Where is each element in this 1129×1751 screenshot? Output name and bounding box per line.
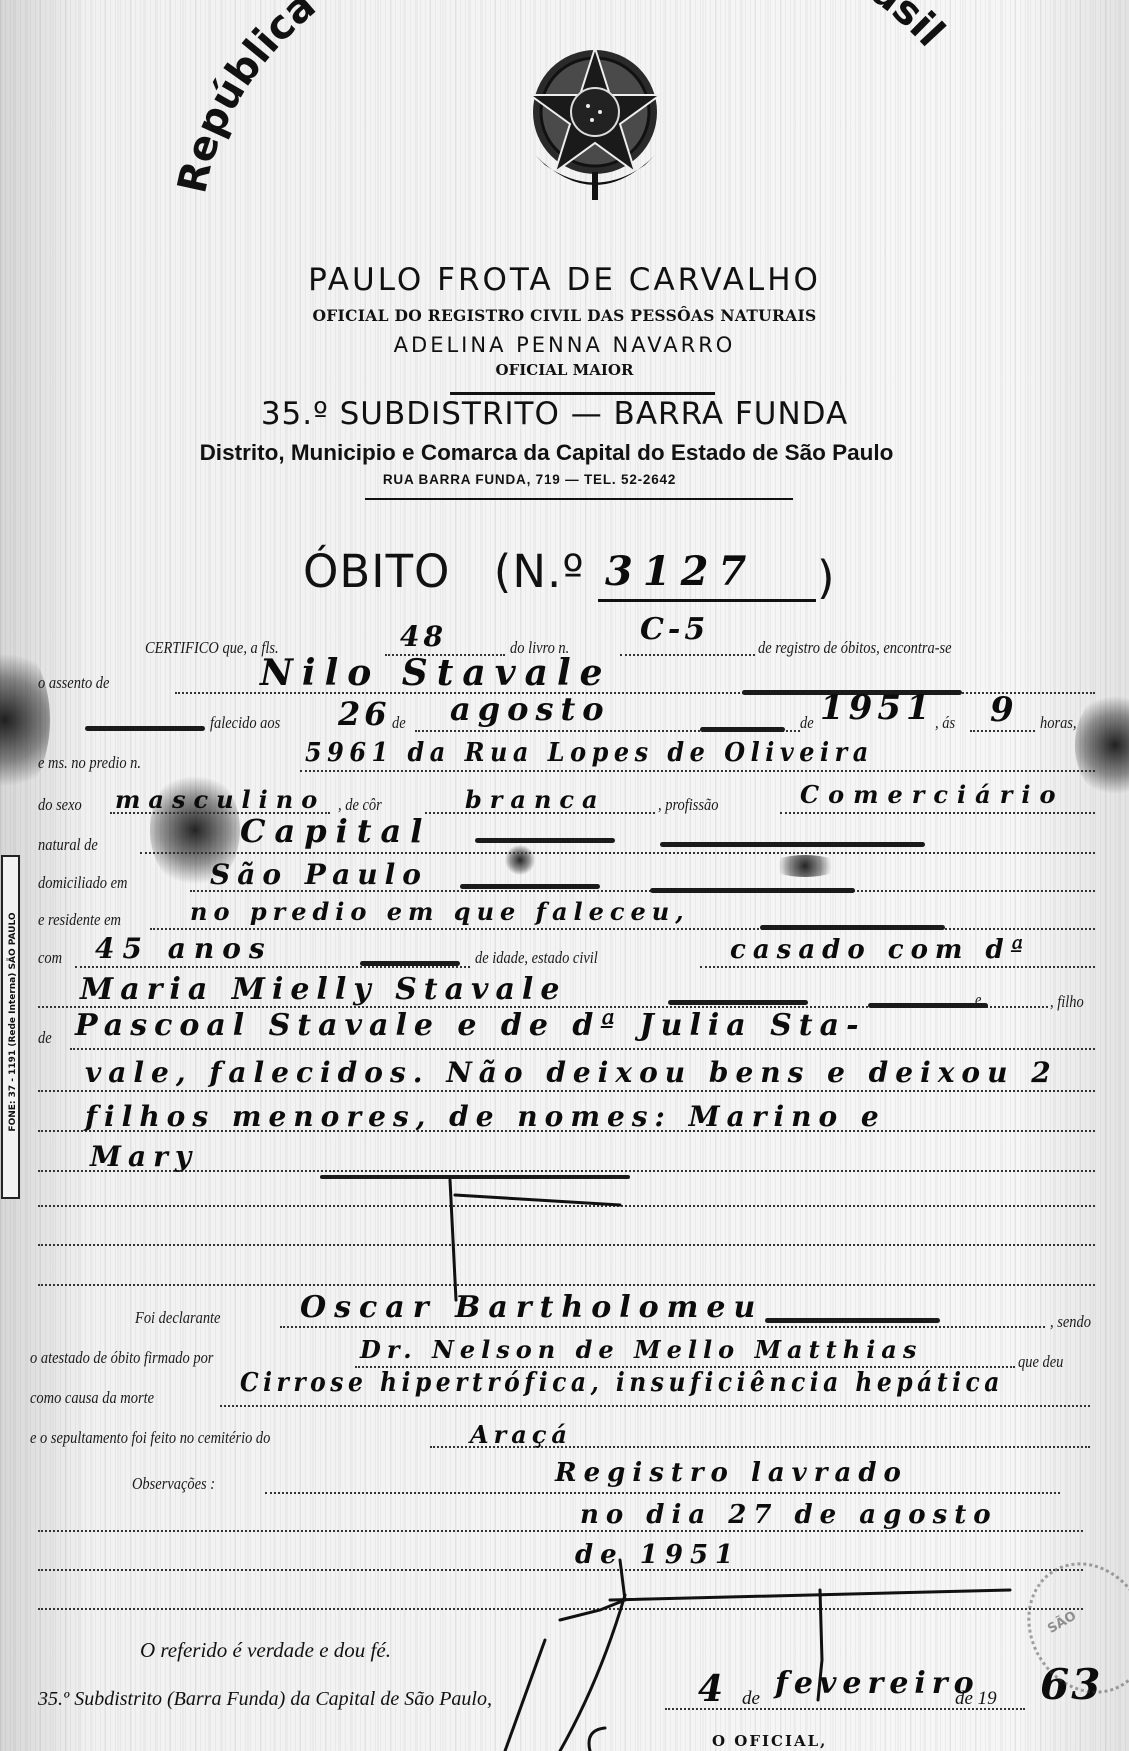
label-de-19: de 19 xyxy=(955,1688,997,1710)
void-dash xyxy=(668,1000,808,1005)
fill-line xyxy=(75,966,470,968)
attestation-text: O referido é verdade e dou fé. xyxy=(140,1638,391,1663)
label-causa-morte: como causa da morte xyxy=(30,1388,154,1408)
fill-line xyxy=(265,1492,1060,1494)
label-com: com xyxy=(38,948,62,968)
field-folhas: 48 xyxy=(400,620,447,653)
field-cemiterio: Araçá xyxy=(470,1420,572,1449)
fill-line xyxy=(38,1530,1083,1532)
label-de-registro: de registro de óbitos, encontra-se xyxy=(758,638,952,658)
void-dash xyxy=(660,842,925,847)
fill-line xyxy=(70,1048,1095,1050)
fill-line xyxy=(280,1326,1045,1328)
label-de: de xyxy=(800,713,814,733)
fill-line xyxy=(38,1090,1095,1092)
label-observacoes: Observações : xyxy=(132,1474,215,1494)
label-filho: , filho xyxy=(1050,992,1084,1012)
field-mes-emissao: fevereiro xyxy=(775,1666,980,1701)
label-falecido-aos: falecido aos xyxy=(210,713,280,733)
field-residencia: no predio em que faleceu, xyxy=(190,897,690,926)
signatory-title: O OFICIAL, xyxy=(712,1732,827,1750)
field-mes-obito: agosto xyxy=(450,690,611,728)
label-profissao: , profissão xyxy=(658,795,718,815)
field-ano-obito: 1951 xyxy=(820,688,935,728)
field-declarante: Oscar Bartholomeu xyxy=(300,1290,763,1325)
record-number: 3127 xyxy=(605,548,756,595)
void-dash xyxy=(760,925,945,930)
field-conjuge: Maria Mielly Stavale xyxy=(80,972,566,1007)
deputy-name: ADELINA PENNA NAVARRO xyxy=(0,333,1129,357)
official-name: PAULO FROTA DE CARVALHO xyxy=(0,262,1129,298)
label-residente-em: e residente em xyxy=(38,910,121,930)
fill-line xyxy=(38,1569,1083,1571)
field-endereco-predio: 5961 da Rua Lopes de Oliveira xyxy=(305,738,874,768)
subdistrict-heading: 35.º SUBDISTRITO — BARRA FUNDA xyxy=(0,396,1119,432)
title-number-prefix: (N.º xyxy=(494,545,585,598)
fill-line xyxy=(970,730,1035,732)
official-title: OFICIAL DO REGISTRO CIVIL DAS PESSÔAS NA… xyxy=(0,306,1129,325)
field-cor: branca xyxy=(465,785,606,814)
divider xyxy=(365,498,793,500)
label-foi-declarante: Foi declarante xyxy=(135,1308,220,1328)
void-dash xyxy=(868,1003,988,1008)
jurisdiction-line: Distrito, Municipio e Comarca da Capital… xyxy=(0,440,1111,466)
fill-line xyxy=(38,1608,1083,1610)
field-observacao-linha-2: no dia 27 de agosto xyxy=(580,1500,998,1530)
field-causa-morte: Cirrose hipertrófica, insuficiência hepá… xyxy=(240,1368,1004,1398)
label-natural-de: natural de xyxy=(38,835,98,855)
side-phone-label: FONE: 37 - 1191 (Rede Interna) SÃO PAULO xyxy=(1,855,20,1199)
fill-line xyxy=(38,1244,1095,1246)
field-filiacao-linha-2: vale, falecidos. Não deixou bens e deixo… xyxy=(85,1056,1058,1089)
void-dash xyxy=(85,726,205,731)
field-estado-civil: casado com dª xyxy=(730,935,1030,965)
field-domicilio: São Paulo xyxy=(210,858,428,891)
fill-line xyxy=(300,770,1095,772)
field-livro: C-5 xyxy=(640,612,709,647)
fill-line xyxy=(620,654,755,656)
label-de-pais: de xyxy=(38,1028,52,1048)
label-de: de xyxy=(742,1688,760,1710)
void-dash xyxy=(475,838,615,843)
label-de: de xyxy=(392,713,406,733)
field-observacao-linha-3: de 1951 xyxy=(575,1540,740,1570)
label-sepultamento: e o sepultamento foi feito no cemitério … xyxy=(30,1428,270,1448)
label-atestado: o atestado de óbito firmado por xyxy=(30,1348,213,1368)
number-underline xyxy=(598,599,816,602)
fill-line xyxy=(780,812,1095,814)
field-nome-falecido: Nilo Stavale xyxy=(260,652,612,694)
label-predio: e ms. no predio n. xyxy=(38,753,141,773)
field-observacao-linha-1: Registro lavrado xyxy=(555,1458,908,1488)
field-sexo: masculino xyxy=(115,785,325,814)
field-dia-emissao: 4 xyxy=(698,1668,727,1710)
void-dash xyxy=(700,727,785,732)
field-filiacao-linha-1: Pascoal Stavale e de dª Julia Sta- xyxy=(75,1008,866,1043)
brazil-coat-of-arms-icon xyxy=(520,40,670,210)
field-filiacao-linha-3: filhos menores, de nomes: Marino e xyxy=(85,1100,886,1133)
ink-blot xyxy=(505,845,535,875)
field-dia-obito: 26 xyxy=(338,695,391,733)
label-sendo: , sendo xyxy=(1050,1312,1091,1332)
fill-line xyxy=(38,1284,1095,1286)
title-label: ÓBITO xyxy=(303,545,450,598)
fill-line xyxy=(150,928,1095,930)
fill-line xyxy=(38,1205,1095,1207)
label-que-deu: que deu xyxy=(1018,1352,1063,1372)
closing-place: 35.º Subdistrito (Barra Funda) da Capita… xyxy=(38,1688,492,1711)
field-profissao: Comerciário xyxy=(800,780,1064,809)
label-sexo: do sexo xyxy=(38,795,82,815)
label-assento-de: o assento de xyxy=(38,673,109,693)
void-dash xyxy=(360,961,460,966)
void-dash xyxy=(650,888,855,893)
field-filiacao-linha-4: Mary xyxy=(90,1140,198,1173)
fill-line xyxy=(140,852,1095,854)
label-idade-estado-civil: de idade, estado civil xyxy=(475,948,598,968)
void-dash xyxy=(460,884,600,889)
label-e: e xyxy=(975,990,981,1010)
divider xyxy=(450,392,715,395)
field-hora-obito: 9 xyxy=(990,690,1018,730)
fill-line xyxy=(700,966,1095,968)
fill-line xyxy=(220,1405,1090,1407)
title-number-suffix: ) xyxy=(817,551,835,604)
ink-blot xyxy=(770,855,840,877)
deputy-title: OFICIAL MAIOR xyxy=(0,361,1129,379)
label-horas: horas, xyxy=(1040,713,1077,733)
label-certifico: CERTIFICO que, a fls. xyxy=(145,638,279,658)
field-naturalidade: Capital xyxy=(240,812,431,850)
address-line: RUA BARRA FUNDA, 719 — TEL. 52-2642 xyxy=(0,472,1094,487)
void-dash xyxy=(765,1318,940,1323)
field-medico: Dr. Nelson de Mello Matthias xyxy=(360,1335,922,1364)
label-domiciliado-em: domiciliado em xyxy=(38,873,128,893)
label-as: , ás xyxy=(935,713,955,733)
void-dash xyxy=(320,1175,630,1179)
field-idade: 45 anos xyxy=(95,932,273,965)
document-title: ÓBITO (N.º xyxy=(303,545,585,598)
